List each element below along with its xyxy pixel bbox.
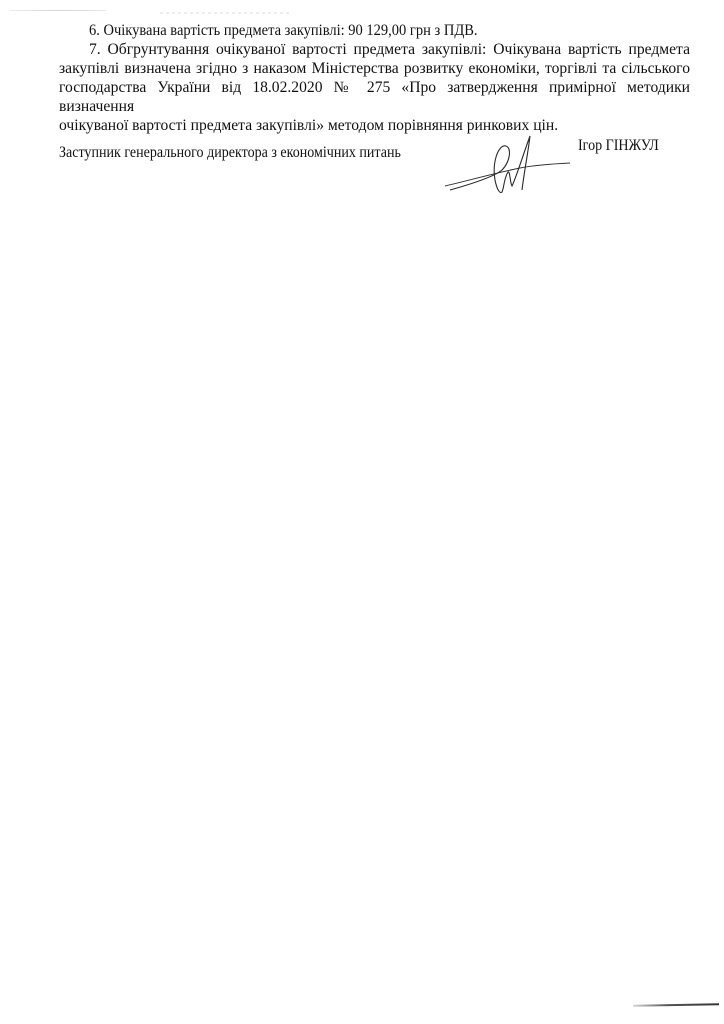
scan-artifact-top-2	[160, 12, 290, 14]
item-6-expected-cost: 6. Очікувана вартість предмета закупівлі…	[89, 21, 478, 40]
item-7-line-3: господарства України від 18.02.2020 № 27…	[59, 78, 690, 116]
signatory-name: Ігор ГІНЖУЛ	[578, 137, 659, 155]
signatory-position: Заступник генерального директора з еконо…	[59, 144, 401, 162]
item-7-cost-justification: 7. Обгрунтування очікуваної вартості пре…	[59, 40, 690, 135]
handwritten-signature	[440, 128, 580, 198]
scan-artifact-top	[10, 10, 106, 11]
item-7-line-2: закупівлі визначена згідно з наказом Мін…	[59, 59, 690, 78]
item-7-line-4: очікуваної вартості предмета закупівлі» …	[59, 116, 690, 135]
scan-artifact-bottom-line	[633, 1003, 719, 1007]
item-7-line-1: 7. Обгрунтування очікуваної вартості пре…	[59, 40, 690, 59]
